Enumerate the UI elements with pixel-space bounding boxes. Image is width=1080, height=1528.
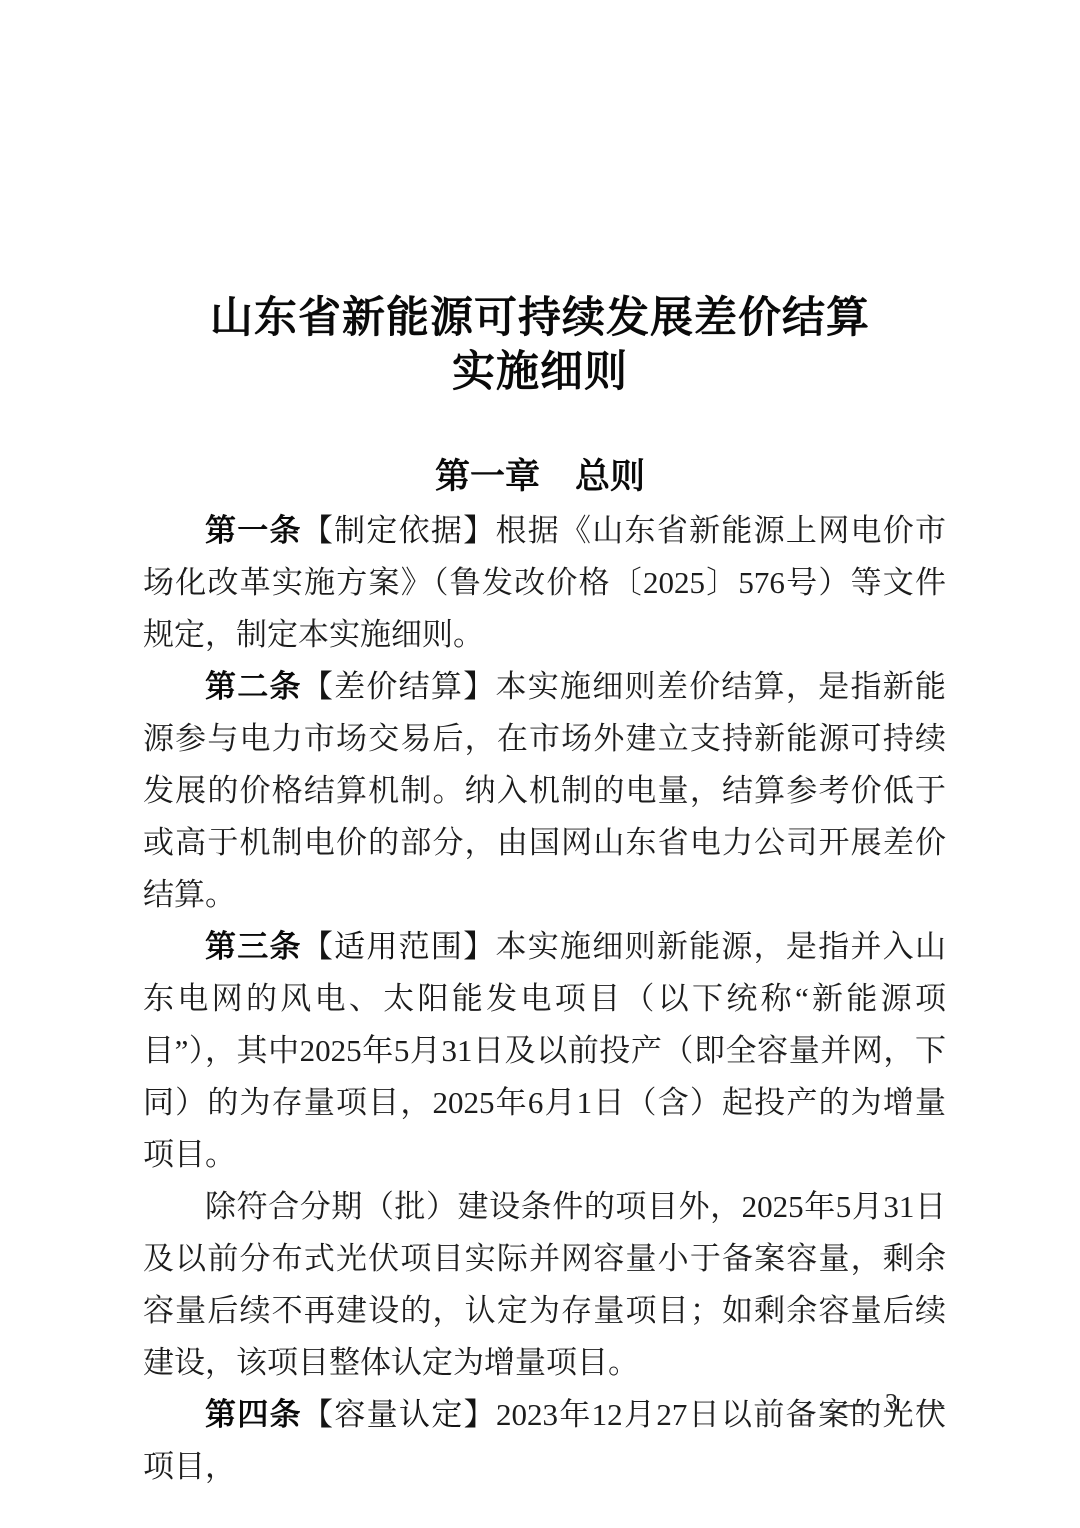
article-paragraph: 第一条【制定依据】根据《山东省新能源上网电价市场化改革实施方案》（鲁发改价格〔2… — [143, 505, 946, 661]
article-text: 本实施细则差价结算，是指新能源参与电力市场交易后，在市场外建立支持新能源可持续发… — [143, 669, 946, 912]
article-label: 【制定依据】 — [302, 513, 496, 548]
document-title: 山东省新能源可持续发展差价结算 实施细则 — [0, 0, 1080, 400]
article-text: 本实施细则新能源，是指并入山东电网的风电、太阳能发电项目（以下统称“新能源项目”… — [143, 929, 946, 1172]
page-number: — 3 — — [839, 1388, 950, 1419]
article-paragraph: 第三条【适用范围】本实施细则新能源，是指并入山东电网的风电、太阳能发电项目（以下… — [143, 921, 946, 1181]
article-label: 【适用范围】 — [302, 929, 496, 964]
article-paragraph: 第二条【差价结算】本实施细则差价结算，是指新能源参与电力市场交易后，在市场外建立… — [143, 661, 946, 921]
chapter-heading: 第一章 总则 — [0, 456, 1080, 498]
document-body: 第一条【制定依据】根据《山东省新能源上网电价市场化改革实施方案》（鲁发改价格〔2… — [143, 505, 946, 1493]
article-number: 第三条 — [205, 929, 302, 964]
article-number: 第二条 — [205, 669, 302, 704]
document-title-line1: 山东省新能源可持续发展差价结算 — [0, 292, 1080, 346]
article-text: 除符合分期（批）建设条件的项目外，2025年5月31日及以前分布式光伏项目实际并… — [143, 1189, 946, 1380]
article-label: 【容量认定】 — [302, 1397, 496, 1432]
document-title-line2: 实施细则 — [0, 346, 1080, 400]
article-number: 第一条 — [205, 513, 302, 548]
article-paragraph: 除符合分期（批）建设条件的项目外，2025年5月31日及以前分布式光伏项目实际并… — [143, 1181, 946, 1389]
article-paragraph: 第四条【容量认定】2023年12月27日以前备案的光伏项目， — [143, 1389, 946, 1493]
document-page: 山东省新能源可持续发展差价结算 实施细则 第一章 总则 第一条【制定依据】根据《… — [0, 0, 1080, 1528]
article-number: 第四条 — [205, 1397, 302, 1432]
article-label: 【差价结算】 — [302, 669, 496, 704]
